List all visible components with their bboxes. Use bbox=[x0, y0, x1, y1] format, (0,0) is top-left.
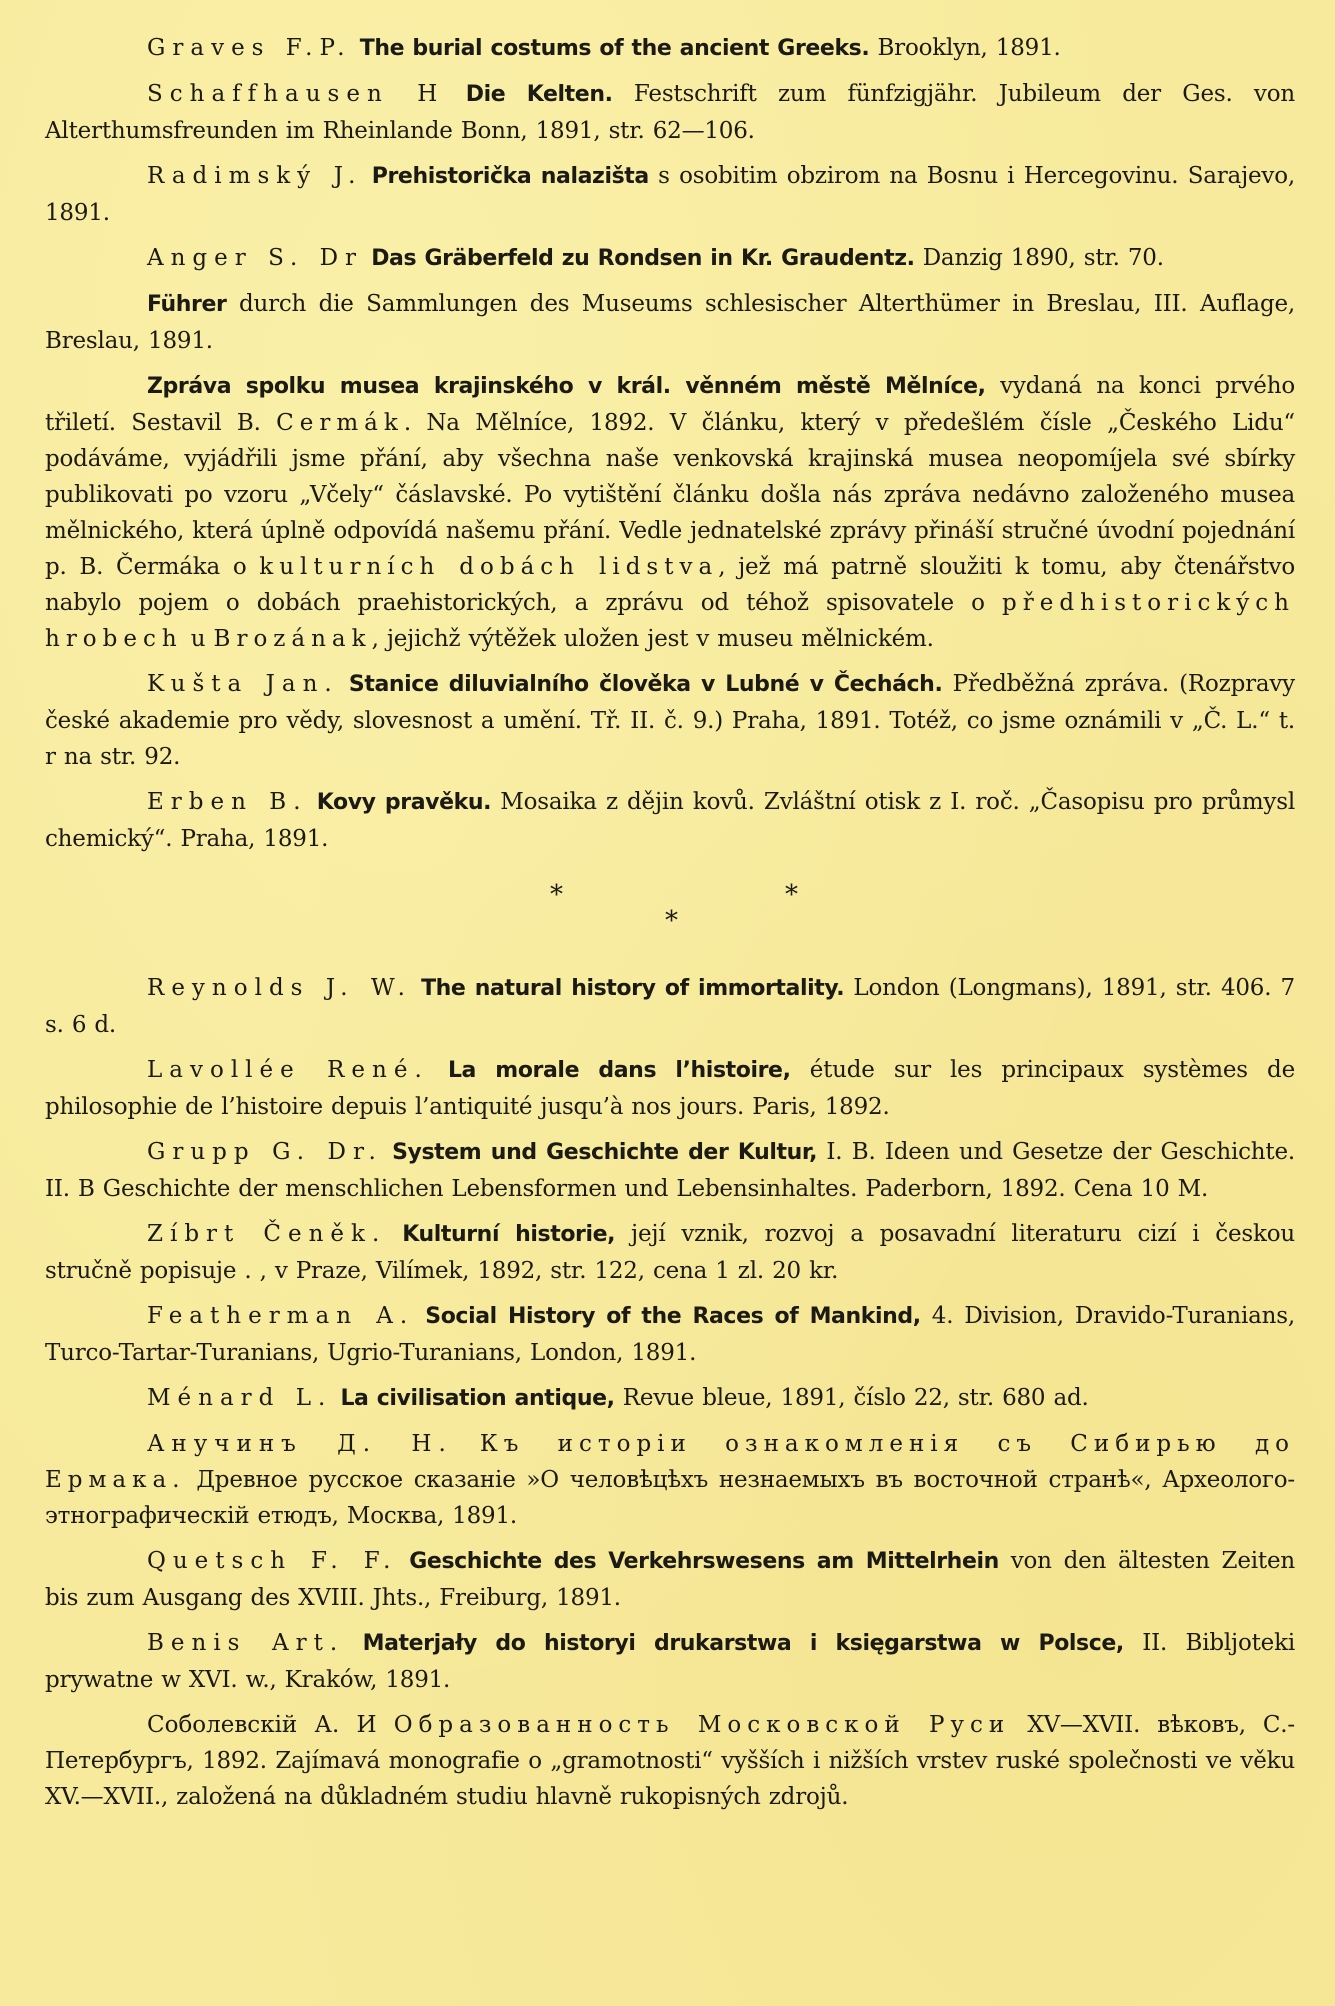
entry-title: Führer bbox=[147, 292, 226, 317]
bibliography-entry-reynolds: Reynolds J. W. The natural history of im… bbox=[45, 970, 1295, 1043]
bibliography-entry-kusta: Kušta Jan. Stanice diluvialního člověka … bbox=[45, 666, 1295, 775]
entry-details-part5: , jejichž výtěžek uložen jest v museu mě… bbox=[372, 626, 934, 652]
bibliography-entry-schaffhausen: Schaffhausen H Die Kelten. Festschrift z… bbox=[45, 76, 1295, 149]
document-page: Graves F.P. The burial costums of the an… bbox=[45, 30, 1295, 1824]
spaced-name-cermak: Cermák bbox=[276, 410, 404, 436]
bibliography-entry-anuchin: Анучинъ Д. Н. Къ исторіи ознакомленія съ… bbox=[45, 1426, 1295, 1534]
entry-author: Соболевскій А. И bbox=[147, 1712, 377, 1738]
bibliography-entry-radimsky: Radimský J. Prehistorička nalazišta s os… bbox=[45, 158, 1295, 231]
bibliography-entry-quetsch: Quetsch F. F. Geschichte des Verkehrswes… bbox=[45, 1543, 1295, 1616]
bibliography-entry-sobolevsky: Соболевскій А. И Образованность Московск… bbox=[45, 1707, 1295, 1815]
spaced-name-brozanek: Brozának bbox=[214, 626, 372, 652]
entry-author: Radimský J. bbox=[147, 163, 362, 189]
entry-title: System und Geschichte der Kultur, bbox=[392, 1140, 817, 1165]
entry-details: durch die Sammlungen des Museums schlesi… bbox=[45, 291, 1295, 354]
entry-author: Lavollée René. bbox=[147, 1057, 429, 1083]
entry-title: Zpráva spolku musea krajinského v král. … bbox=[147, 374, 986, 399]
entry-title: Die Kelten. bbox=[466, 82, 613, 107]
entry-author: Schaffhausen H bbox=[147, 81, 444, 107]
bibliography-entry-fuhrer: Führer durch die Sammlungen des Museums … bbox=[45, 286, 1295, 359]
entry-author: Zíbrt Čeněk. bbox=[147, 1221, 386, 1247]
entry-title: La morale dans l’histoire, bbox=[448, 1058, 791, 1083]
entry-title: Kovy pravěku. bbox=[317, 790, 491, 815]
bibliography-entry-zprava-melnik: Zpráva spolku musea krajinského v král. … bbox=[45, 368, 1295, 657]
bibliography-entry-grupp: Grupp G. Dr. System und Geschichte der K… bbox=[45, 1134, 1295, 1207]
entry-details-part4: u bbox=[183, 626, 206, 652]
entry-author: Benis Art. bbox=[147, 1630, 344, 1656]
entry-author: Ménard L. bbox=[147, 1385, 332, 1411]
entry-details: Danzig 1890, str. 70. bbox=[923, 245, 1164, 271]
entry-details: Древное русское сказаніе »О человѣцѣхъ н… bbox=[45, 1467, 1295, 1529]
entry-author: Featherman A. bbox=[147, 1303, 414, 1329]
entry-title: The burial costums of the ancient Greeks… bbox=[360, 36, 870, 61]
bibliography-entry-zibrt: Zíbrt Čeněk. Kulturní historie, její vzn… bbox=[45, 1216, 1295, 1289]
entry-author: Anger S. Dr bbox=[147, 245, 363, 271]
entry-title: Geschichte des Verkehrswesens am Mittelr… bbox=[409, 1549, 999, 1574]
entry-author: Reynolds J. W. bbox=[147, 975, 412, 1001]
entry-author: Анучинъ Д. Н. bbox=[147, 1431, 453, 1457]
entry-title-spaced: Образованность Московской Руси bbox=[394, 1712, 1011, 1738]
entry-author: Kušta Jan. bbox=[147, 671, 339, 697]
entry-title: Das Gräberfeld zu Rondsen in Kr. Grauden… bbox=[371, 246, 914, 271]
entry-details: Brooklyn, 1891. bbox=[877, 35, 1060, 61]
entry-title: Prehistorička nalazišta bbox=[372, 164, 649, 189]
bibliography-entry-lavollee: Lavollée René. La morale dans l’histoire… bbox=[45, 1052, 1295, 1125]
asterism-separator: * * * bbox=[45, 866, 1295, 970]
bibliography-entry-menard: Ménard L. La civilisation antique, Revue… bbox=[45, 1380, 1295, 1417]
entry-author: Quetsch F. F. bbox=[147, 1548, 397, 1574]
entry-title: Stanice diluvialního člověka v Lubné v Č… bbox=[349, 672, 943, 697]
entry-title: Kulturní historie, bbox=[402, 1222, 615, 1247]
asterisk-icon: * bbox=[550, 882, 563, 908]
bibliography-entry-erben: Erben B. Kovy pravěku. Mosaika z dějin k… bbox=[45, 784, 1295, 857]
entry-author: Grupp G. Dr. bbox=[147, 1139, 383, 1165]
entry-title: Materjały do historyi drukarstwa i księg… bbox=[363, 1631, 1124, 1656]
entry-details: Revue bleue, 1891, číslo 22, str. 680 ad… bbox=[623, 1385, 1089, 1411]
entry-title: The natural history of immortality. bbox=[421, 976, 844, 1001]
bibliography-entry-featherman: Featherman A. Social History of the Race… bbox=[45, 1298, 1295, 1371]
bibliography-entry-benis: Benis Art. Materjały do historyi drukars… bbox=[45, 1625, 1295, 1698]
bibliography-entry-graves: Graves F.P. The burial costums of the an… bbox=[45, 30, 1295, 67]
entry-title: Social History of the Races of Mankind, bbox=[425, 1304, 920, 1329]
spaced-phrase-kulturnich-dobach: kulturních dobách lidstva bbox=[259, 554, 718, 580]
bibliography-entry-anger: Anger S. Dr Das Gräberfeld zu Rondsen in… bbox=[45, 240, 1295, 277]
asterisk-icon: * bbox=[785, 882, 798, 908]
entry-title: La civilisation antique, bbox=[340, 1386, 614, 1411]
entry-author: Erben B. bbox=[147, 789, 308, 815]
entry-author: Graves F.P. bbox=[147, 35, 352, 61]
asterisk-icon: * bbox=[665, 908, 678, 934]
